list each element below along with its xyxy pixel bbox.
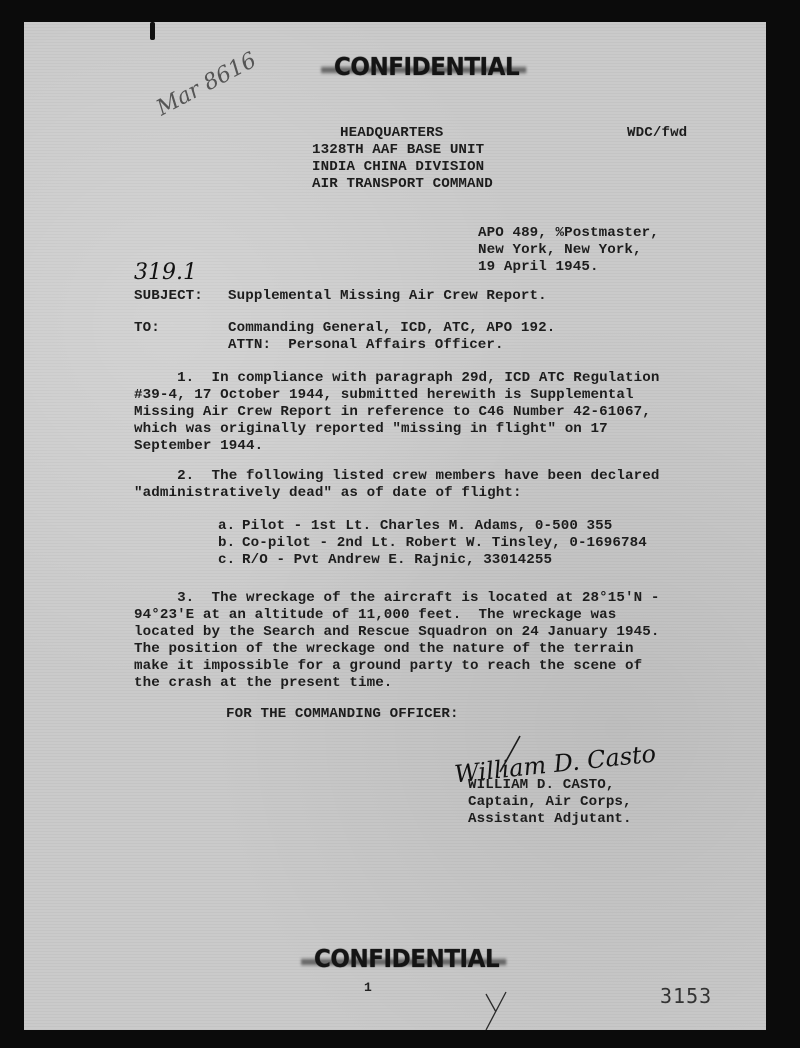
paragraph-line: the crash at the present time.	[134, 675, 392, 692]
paragraph-line: 3. The wreckage of the aircraft is locat…	[134, 590, 659, 607]
page-number: 1	[364, 980, 372, 995]
crew-member: R/O - Pvt Andrew E. Rajnic, 33014255	[242, 552, 552, 569]
signature-stroke	[494, 734, 524, 774]
x-mark-icon	[482, 990, 512, 1030]
letterhead-line: HEADQUARTERS	[340, 125, 443, 142]
file-number: 319.1	[134, 260, 197, 285]
document-page: CONFIDENTIAL Mar 8616 HEADQUARTERS 1328T…	[24, 22, 766, 1030]
subject-value: Supplemental Missing Air Crew Report.	[228, 288, 547, 305]
attn-line: ATTN: Personal Affairs Officer.	[228, 337, 504, 354]
classification-stamp-bottom: CONFIDENTIAL	[314, 944, 499, 973]
signer-name: WILLIAM D. CASTO,	[468, 777, 614, 794]
crew-letter: a.	[218, 518, 235, 535]
paragraph-line: #39-4, 17 October 1944, submitted herewi…	[134, 387, 634, 404]
paragraph-line: located by the Search and Rescue Squadro…	[134, 624, 659, 641]
paragraph-line: 1. In compliance with paragraph 29d, ICD…	[134, 370, 659, 387]
paragraph-line: September 1944.	[134, 438, 263, 455]
address-line: 19 April 1945.	[478, 259, 599, 276]
crew-member: Co-pilot - 2nd Lt. Robert W. Tinsley, 0-…	[242, 535, 647, 552]
address-line: New York, New York,	[478, 242, 642, 259]
paragraph-line: make it impossible for a ground party to…	[134, 658, 642, 675]
to-label: TO:	[134, 320, 160, 337]
crew-letter: b.	[218, 535, 235, 552]
crew-member: Pilot - 1st Lt. Charles M. Adams, 0-500 …	[242, 518, 612, 535]
paragraph-line: 94°23'E at an altitude of 11,000 feet. T…	[134, 607, 616, 624]
signer-title: Assistant Adjutant.	[468, 811, 632, 828]
handwritten-note: Mar 8616	[153, 48, 261, 121]
letterhead-line: AIR TRANSPORT COMMAND	[312, 176, 493, 193]
to-value: Commanding General, ICD, ATC, APO 192.	[228, 320, 555, 337]
paragraph-line: "administratively dead" as of date of fl…	[134, 485, 522, 502]
address-line: APO 489, %Postmaster,	[478, 225, 659, 242]
scan-artifact	[150, 22, 155, 40]
letterhead-line: 1328TH AAF BASE UNIT	[312, 142, 484, 159]
classification-stamp-top: CONFIDENTIAL	[334, 52, 519, 81]
paragraph-line: which was originally reported "missing i…	[134, 421, 608, 438]
letterhead-line: INDIA CHINA DIVISION	[312, 159, 484, 176]
crew-letter: c.	[218, 552, 235, 569]
signer-rank: Captain, Air Corps,	[468, 794, 632, 811]
reference-code: WDC/fwd	[627, 125, 687, 142]
paragraph-line: The position of the wreckage ond the nat…	[134, 641, 634, 658]
paragraph-line: 2. The following listed crew members hav…	[134, 468, 659, 485]
archive-number: 3153	[660, 984, 712, 1008]
paragraph-line: Missing Air Crew Report in reference to …	[134, 404, 651, 421]
subject-label: SUBJECT:	[134, 288, 203, 305]
closing-line: FOR THE COMMANDING OFFICER:	[226, 706, 459, 723]
